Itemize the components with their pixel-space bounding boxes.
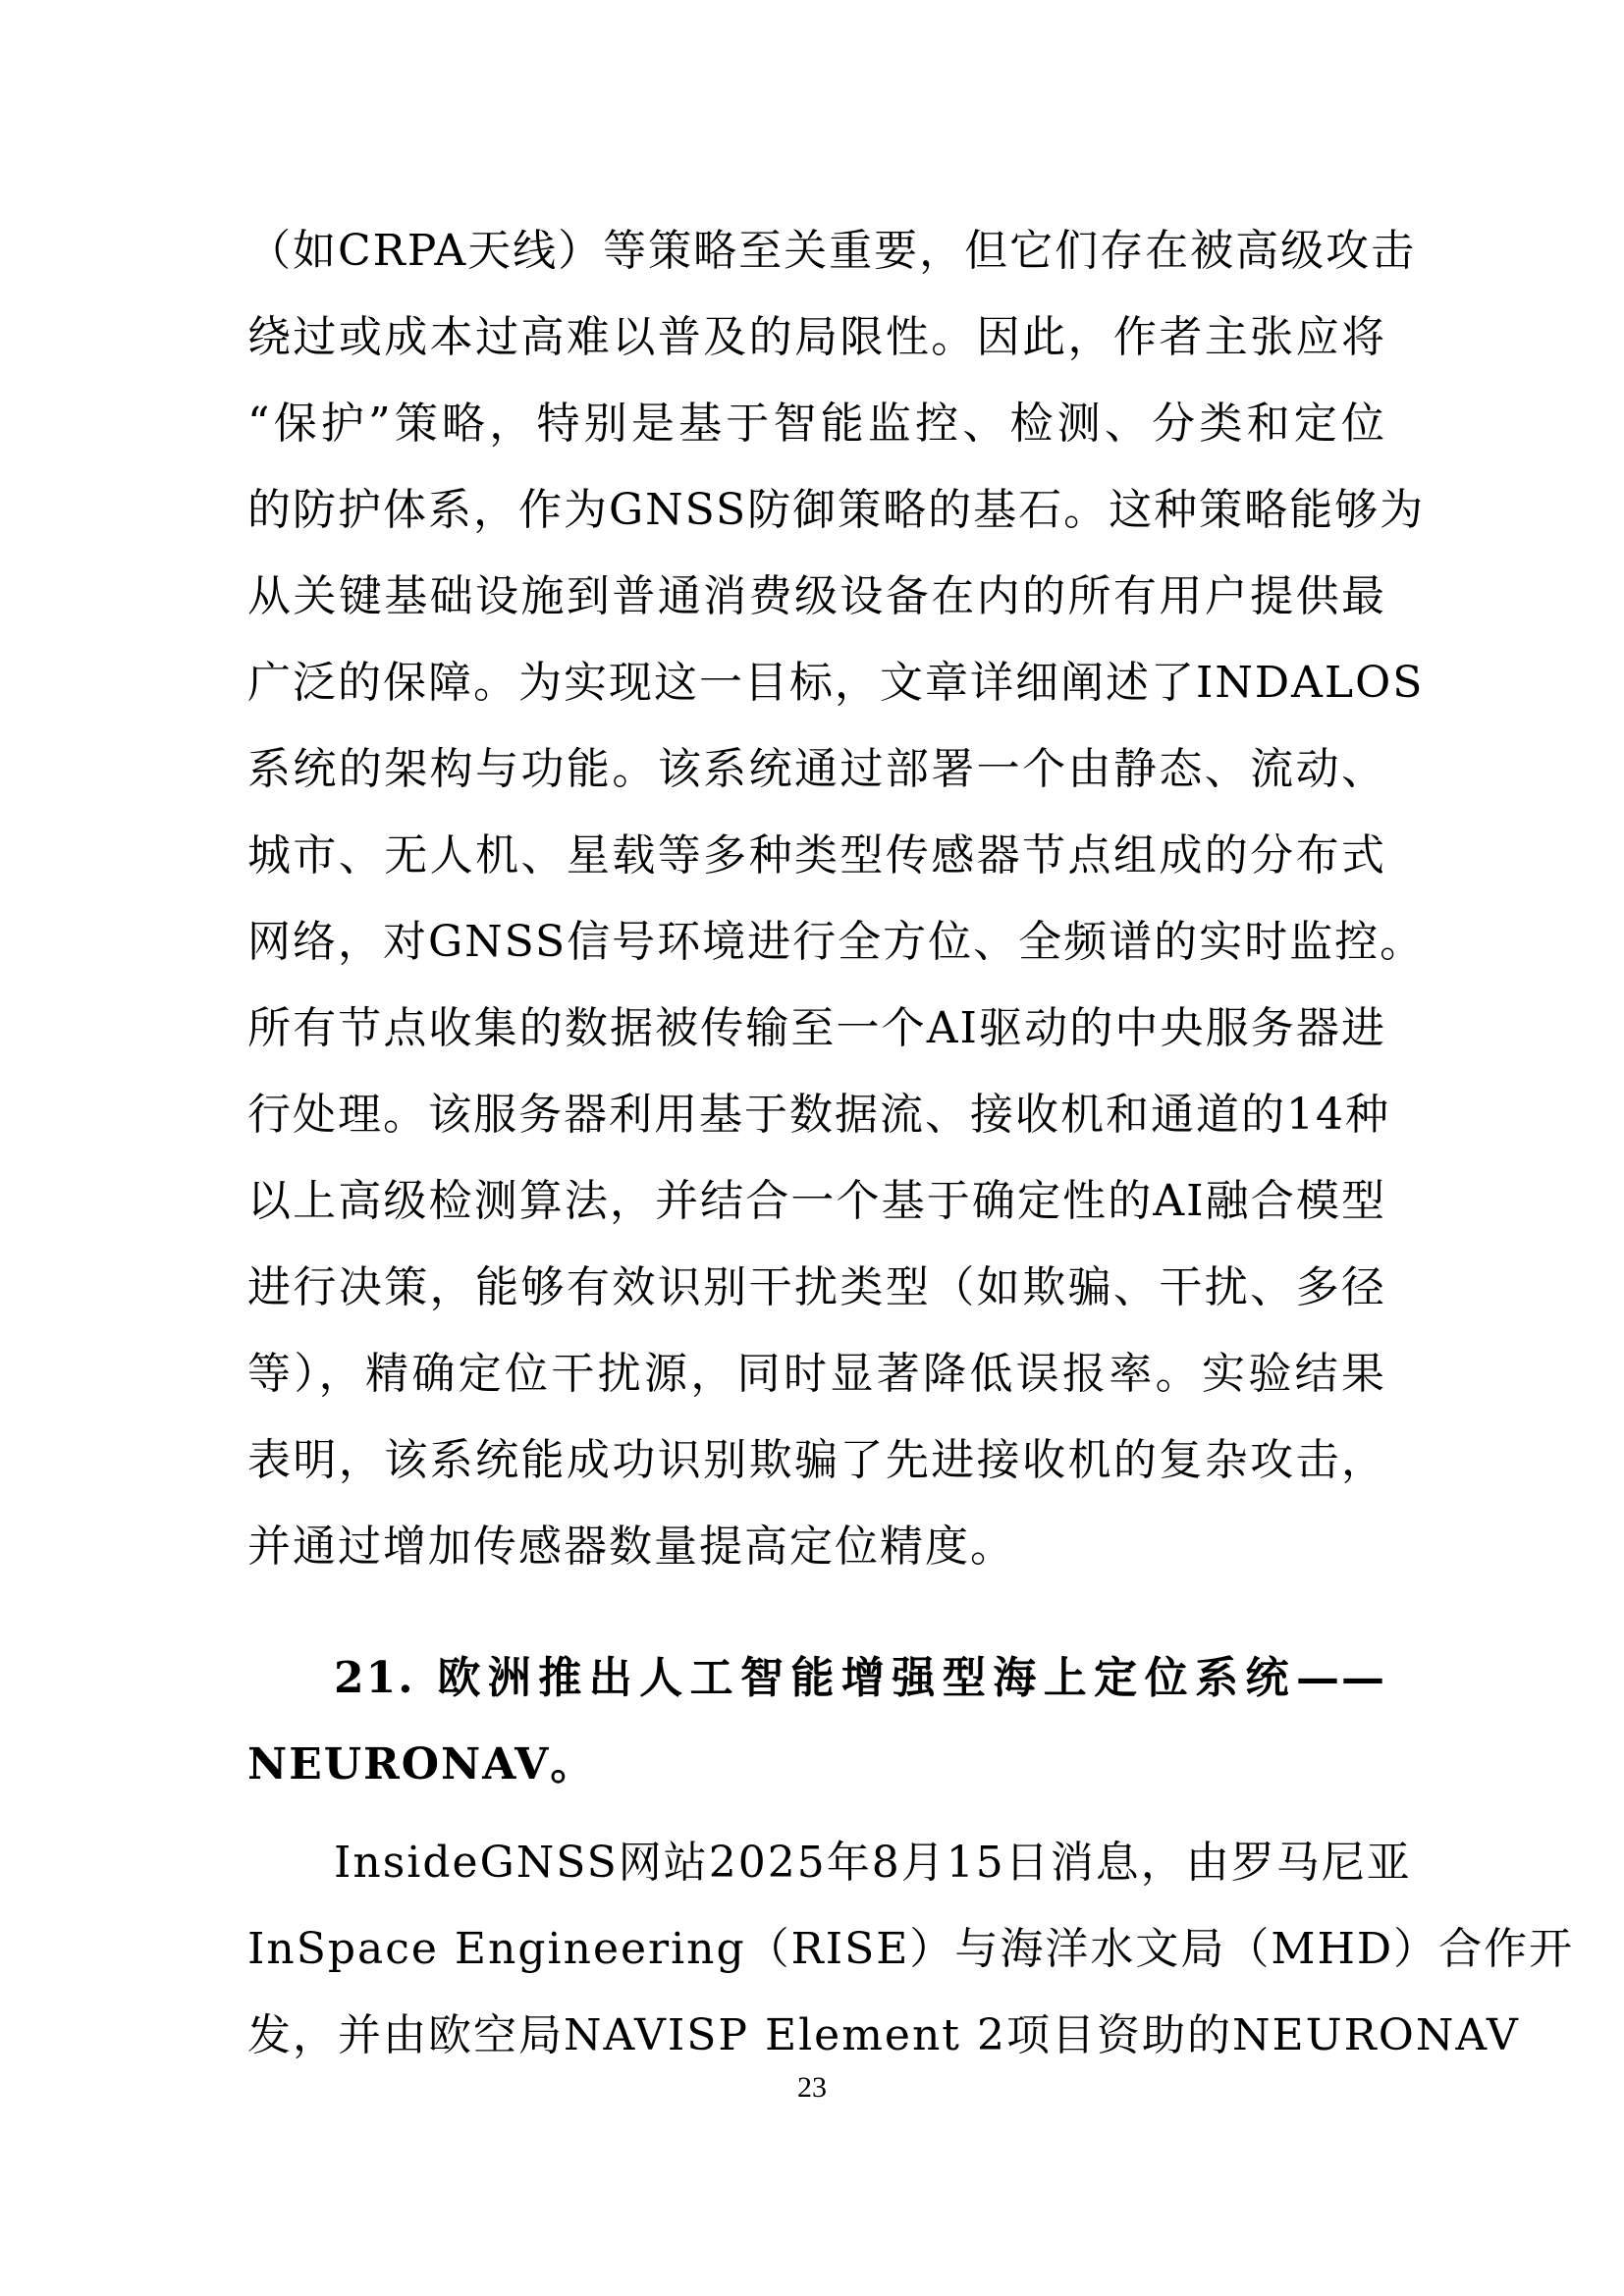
text-line: 系统的架构与功能。该系统通过部署一个由静态、流动、 [247, 726, 1386, 813]
heading-line: NEURONAV。 [247, 1722, 1386, 1808]
text-line: 所有节点收集的数据被传输至一个AI驱动的中央服务器进 [247, 986, 1386, 1072]
text-line: 等），精确定位干扰源，同时显著降低误报率。实验结果 [247, 1331, 1386, 1417]
text-line: 并通过增加传感器数量提高定位精度。 [247, 1504, 1386, 1590]
text-line: 行处理。该服务器利用基于数据流、接收机和通道的14种 [247, 1072, 1386, 1158]
text-line: InSpace Engineering（RISE）与海洋水文局（MHD）合作开 [247, 1906, 1386, 1993]
new-paragraph: InsideGNSS网站2025年8月15日消息，由罗马尼亚 InSpace E… [247, 1820, 1386, 2079]
text-line: 发，并由欧空局NAVISP Element 2项目资助的NEURONAV [247, 1993, 1386, 2079]
document-page: （如CRPA天线）等策略至关重要，但它们存在被高级攻击 绕过或成本过高难以普及的… [0, 0, 1624, 2296]
text-line: 绕过或成本过高难以普及的局限性。因此，作者主张应将 [247, 294, 1386, 381]
continued-paragraph: （如CRPA天线）等策略至关重要，但它们存在被高级攻击 绕过或成本过高难以普及的… [247, 208, 1386, 1590]
page-number: 23 [0, 2071, 1624, 2105]
text-line: 广泛的保障。为实现这一目标，文章详细阐述了INDALOS [247, 640, 1386, 726]
text-line: 表明，该系统能成功识别欺骗了先进接收机的复杂攻击， [247, 1417, 1386, 1504]
text-line: （如CRPA天线）等策略至关重要，但它们存在被高级攻击 [247, 208, 1386, 294]
text-line: 进行决策，能够有效识别干扰类型（如欺骗、干扰、多径 [247, 1245, 1386, 1331]
section-heading: 21. 欧洲推出人工智能增强型海上定位系统—— NEURONAV。 [247, 1635, 1386, 1808]
text-line: InsideGNSS网站2025年8月15日消息，由罗马尼亚 [247, 1820, 1386, 1906]
text-line: 从关键基础设施到普通消费级设备在内的所有用户提供最 [247, 554, 1386, 640]
text-line: 的防护体系，作为GNSS防御策略的基石。这种策略能够为 [247, 467, 1386, 554]
text-line: 以上高级检测算法，并结合一个基于确定性的AI融合模型 [247, 1158, 1386, 1245]
text-line: 城市、无人机、星载等多种类型传感器节点组成的分布式 [247, 813, 1386, 899]
text-line: 网络，对GNSS信号环境进行全方位、全频谱的实时监控。 [247, 899, 1386, 986]
heading-line: 21. 欧洲推出人工智能增强型海上定位系统—— [247, 1635, 1386, 1722]
text-line: “保护”策略，特别是基于智能监控、检测、分类和定位 [247, 381, 1386, 467]
